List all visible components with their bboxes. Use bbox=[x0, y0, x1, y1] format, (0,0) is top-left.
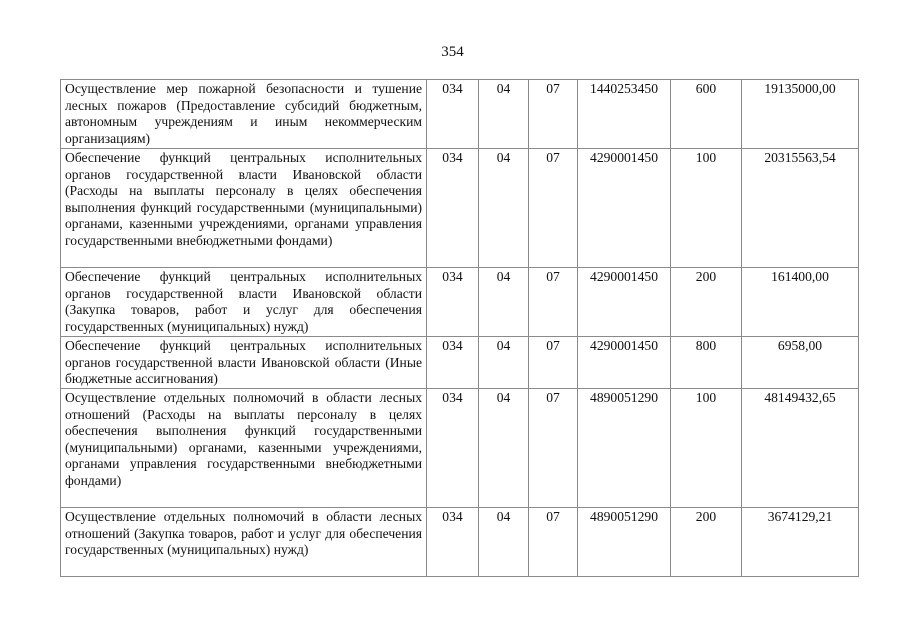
amount-cell: 48149432,65 bbox=[742, 389, 859, 508]
target-article-cell: 4290001450 bbox=[578, 268, 671, 337]
expense-type-cell: 200 bbox=[671, 268, 742, 337]
table-row: Осуществление отдельных полномочий в обл… bbox=[61, 389, 859, 508]
table-row: Обеспечение функций центральных исполнит… bbox=[61, 268, 859, 337]
expense-type-cell: 600 bbox=[671, 80, 742, 149]
grbs-cell: 034 bbox=[427, 508, 479, 577]
description-cell: Обеспечение функций центральных исполнит… bbox=[61, 337, 427, 389]
amount-cell: 6958,00 bbox=[742, 337, 859, 389]
grbs-cell: 034 bbox=[427, 149, 479, 268]
expense-type-cell: 200 bbox=[671, 508, 742, 577]
expense-type-cell: 800 bbox=[671, 337, 742, 389]
grbs-cell: 034 bbox=[427, 80, 479, 149]
description-cell: Осуществление отдельных полномочий в обл… bbox=[61, 389, 427, 508]
grbs-cell: 034 bbox=[427, 389, 479, 508]
subsection-cell: 07 bbox=[529, 149, 578, 268]
section-cell: 04 bbox=[479, 80, 529, 149]
section-cell: 04 bbox=[479, 149, 529, 268]
amount-cell: 3674129,21 bbox=[742, 508, 859, 577]
target-article-cell: 4890051290 bbox=[578, 508, 671, 577]
subsection-cell: 07 bbox=[529, 389, 578, 508]
description-cell: Обеспечение функций центральных исполнит… bbox=[61, 149, 427, 268]
expense-type-cell: 100 bbox=[671, 149, 742, 268]
amount-cell: 20315563,54 bbox=[742, 149, 859, 268]
subsection-cell: 07 bbox=[529, 80, 578, 149]
target-article-cell: 4290001450 bbox=[578, 149, 671, 268]
expense-type-cell: 100 bbox=[671, 389, 742, 508]
table-row: Обеспечение функций центральных исполнит… bbox=[61, 149, 859, 268]
description-cell: Обеспечение функций центральных исполнит… bbox=[61, 268, 427, 337]
grbs-cell: 034 bbox=[427, 337, 479, 389]
table-row: Осуществление отдельных полномочий в обл… bbox=[61, 508, 859, 577]
section-cell: 04 bbox=[479, 508, 529, 577]
budget-table: Осуществление мер пожарной безопасности … bbox=[60, 79, 859, 577]
subsection-cell: 07 bbox=[529, 337, 578, 389]
section-cell: 04 bbox=[479, 389, 529, 508]
section-cell: 04 bbox=[479, 337, 529, 389]
grbs-cell: 034 bbox=[427, 268, 479, 337]
section-cell: 04 bbox=[479, 268, 529, 337]
description-cell: Осуществление мер пожарной безопасности … bbox=[61, 80, 427, 149]
page-number: 354 bbox=[0, 44, 905, 61]
subsection-cell: 07 bbox=[529, 508, 578, 577]
table-row: Осуществление мер пожарной безопасности … bbox=[61, 80, 859, 149]
description-cell: Осуществление отдельных полномочий в обл… bbox=[61, 508, 427, 577]
subsection-cell: 07 bbox=[529, 268, 578, 337]
amount-cell: 19135000,00 bbox=[742, 80, 859, 149]
amount-cell: 161400,00 bbox=[742, 268, 859, 337]
target-article-cell: 1440253450 bbox=[578, 80, 671, 149]
target-article-cell: 4290001450 bbox=[578, 337, 671, 389]
table-row: Обеспечение функций центральных исполнит… bbox=[61, 337, 859, 389]
target-article-cell: 4890051290 bbox=[578, 389, 671, 508]
